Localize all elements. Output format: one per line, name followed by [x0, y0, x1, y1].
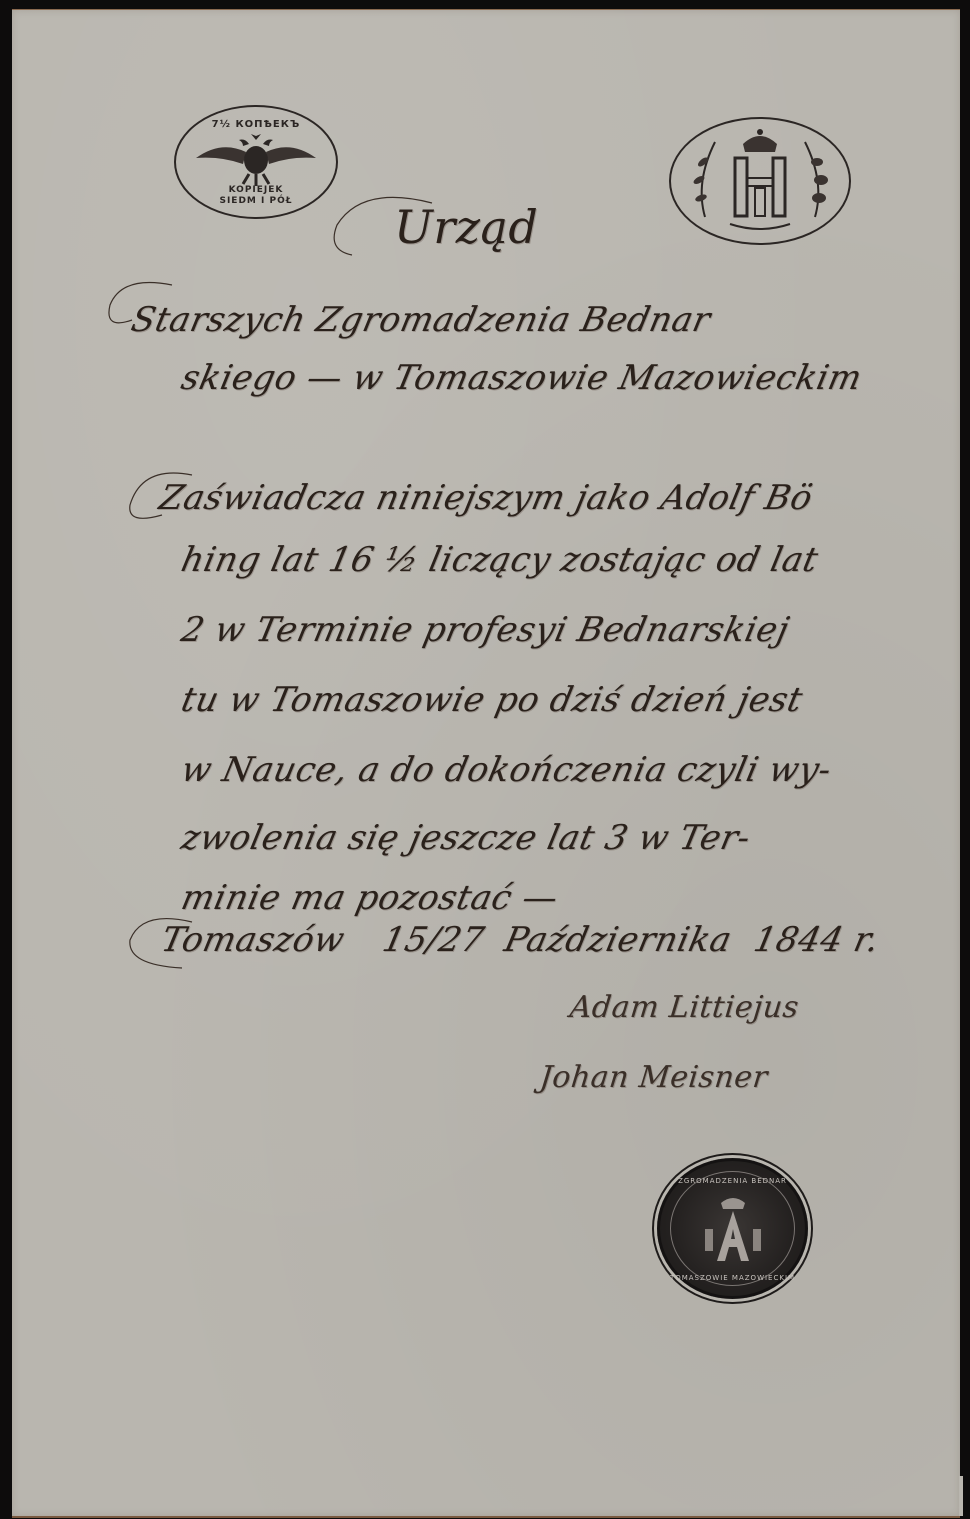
signature-1: Adam Littiejus — [568, 990, 800, 1025]
body-line-4: hing lat 16 ½ liczący zostając od lat — [178, 540, 822, 580]
revenue-stamp-value: 7½ КОПѢЕКЪ — [212, 119, 301, 130]
body-line-5: 2 w Terminie profesyi Bednarskiej — [178, 610, 793, 650]
crown-monogram-icon — [675, 122, 845, 240]
revenue-stamp-caption: KOPIEJEK SIEDM I PÓŁ — [219, 185, 292, 207]
body-line-2: skiego — w Tomaszowie Mazowieckim — [178, 358, 866, 398]
body-line-3: Zaświadcza niniejszym jako Adolf Bö — [156, 478, 816, 518]
document-paper: 7½ КОПѢЕКЪ KOPIEJEK SIEDM I PÓŁ — [12, 9, 960, 1518]
guild-seal: ZGROMADZENIA BEDNAR TOMASZOWIE MAZOWIECK… — [657, 1158, 808, 1299]
double-headed-eagle-icon — [191, 130, 321, 190]
date-month: Października — [501, 920, 736, 960]
embossed-monogram-stamp — [669, 117, 851, 245]
place-date-line: Tomaszów 15/27 Października 1844 r. — [158, 920, 883, 960]
revenue-stamp-caption-line2: SIEDM I PÓŁ — [219, 196, 292, 206]
seal-text-bottom: TOMASZOWIE MAZOWIECKIM — [660, 1274, 805, 1282]
body-line-9: minie ma pozostać — — [178, 878, 562, 918]
body-line-6: tu w Tomaszowie po dziś dzień jest — [178, 680, 807, 720]
body-line-8: zwolenia się jeszcze lat 3 w Ter- — [178, 818, 754, 858]
line-flourish-icon — [102, 275, 182, 345]
line-flourish-icon — [122, 465, 202, 535]
date-day: 15/27 — [379, 920, 488, 960]
body-line-7: w Nauce, a do dokończenia czyli wy- — [178, 750, 835, 790]
body-line-1: Starszych Zgromadzenia Bednar — [128, 300, 714, 340]
signature-2: Johan Meisner — [538, 1060, 769, 1095]
heading-flourish-icon — [322, 195, 442, 265]
seal-ring — [670, 1171, 795, 1286]
date-year: 1844 r. — [750, 920, 883, 960]
seal-text-top: ZGROMADZENIA BEDNAR — [660, 1177, 805, 1185]
revenue-stamp-caption-line1: KOPIEJEK — [229, 185, 284, 195]
date-flourish-icon — [122, 910, 202, 980]
revenue-stamp: 7½ КОПѢЕКЪ KOPIEJEK SIEDM I PÓŁ — [174, 105, 338, 219]
